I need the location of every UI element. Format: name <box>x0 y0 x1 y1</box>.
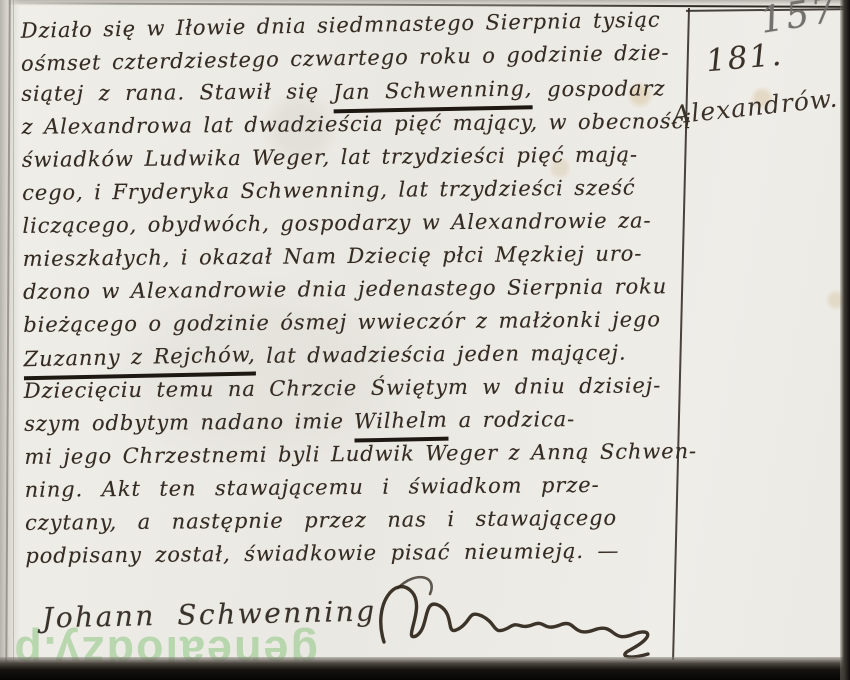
record-line-text: liczącego, obydwóch, gospodarzy w Alexan… <box>22 208 651 237</box>
record-line-text: bieżącego o godzinie ósmej wwieczór z ma… <box>23 307 661 337</box>
record-line-text: siątej z rana. Stawił się <box>21 79 333 106</box>
record-line-text: czytany, a następnie przez nas i stawają… <box>25 506 617 535</box>
scan-border-bottom <box>0 657 850 680</box>
underlined-name: Zuzanny z Rejchów, <box>23 338 256 380</box>
birth-record-scan: Działo się w Iłowie dnia siedmnastego Si… <box>0 0 850 680</box>
record-line-text: świadków Ludwika Weger, lat trzydzieści … <box>22 142 638 171</box>
record-line-text: a rodzica- <box>448 407 575 432</box>
record-line-text: dzono w Alexandrowie dnia jedenastego Si… <box>23 274 667 304</box>
record-line-text: gospodarz <box>533 76 666 101</box>
record-line-text: ning. Akt ten stawającemu i świadkom prz… <box>25 473 600 502</box>
act-number: 181. <box>705 37 785 80</box>
father-signature: Johann Schwenning <box>42 594 377 634</box>
page-number-pencil: 157 <box>757 0 850 42</box>
record-line-text: cego, i Fryderyka Schwenning, lat trzydz… <box>22 176 636 205</box>
record-line-text: mieszkałych, i okazał Nam Dziecię płci M… <box>23 241 643 270</box>
record-line-text: szym odbytym nadano imie <box>24 409 355 436</box>
record-text-body: Działo się w Iłowie dnia siedmnastego Si… <box>21 6 684 573</box>
page-edge-left <box>0 0 20 680</box>
record-line-text: z Alexandrowa lat dwadzieścia pięć mając… <box>21 109 691 139</box>
record-line-text: podpisany został, świadkowie pisać nieum… <box>25 539 619 568</box>
scan-border-right <box>840 0 850 680</box>
underlined-name: Jan Schwenning, <box>333 72 533 113</box>
record-line-text: mi jego Chrzestnemi byli Ludwik Weger z … <box>24 439 697 469</box>
record-line-text: lat dwadzieścia jeden mającej. <box>256 341 627 368</box>
margin-place-name: Alexandrów. <box>671 83 839 129</box>
underlined-name: Wilhelm <box>354 404 448 443</box>
record-line-text: ośmset czterdziestego czwartego roku o g… <box>21 40 670 75</box>
